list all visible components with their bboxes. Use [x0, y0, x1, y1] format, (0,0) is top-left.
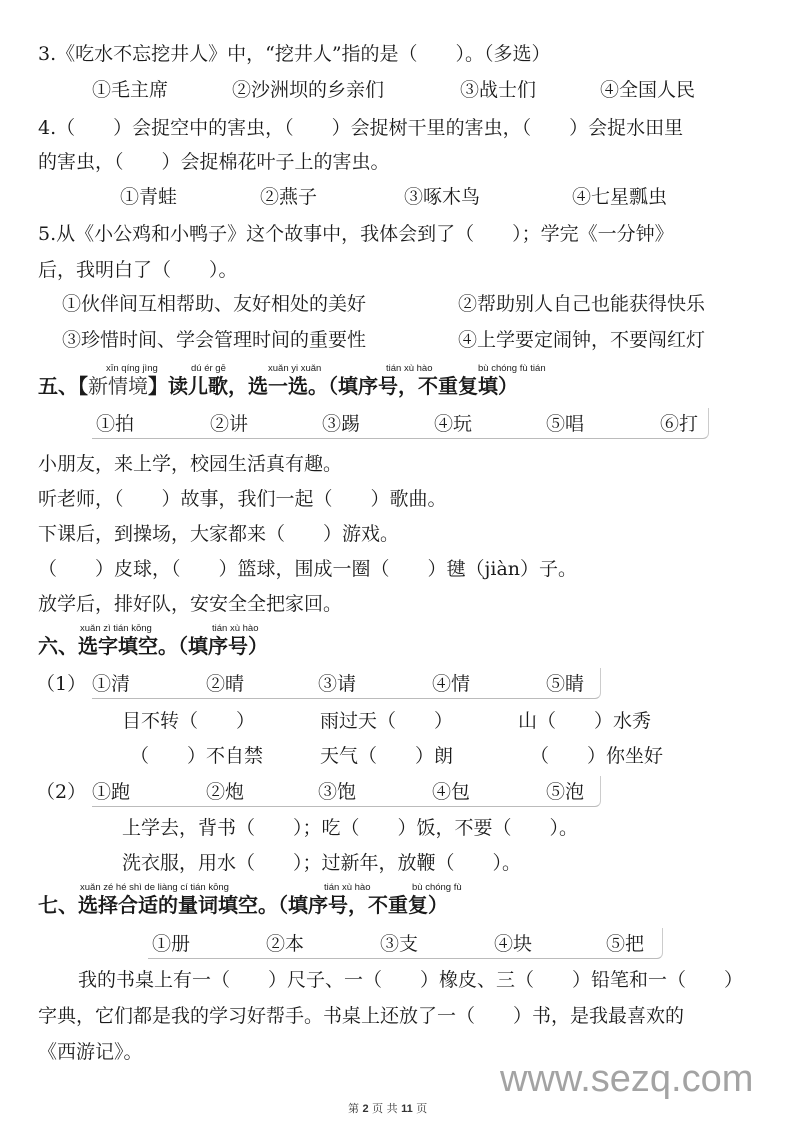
- page-footer: 第 2 页 共 11 页: [348, 1100, 427, 1116]
- pinyin-buchongfutian: bù chóng fù tián: [478, 364, 546, 374]
- s5-poem-line-5: 放学后，排好队，安安全全把家回。: [38, 592, 342, 616]
- s6-p2-line-2: 洗衣服，用水（ ）；过新年，放鞭（ ）。: [122, 851, 521, 875]
- s5-option-2: ②讲: [210, 412, 248, 436]
- s6-p1-item-6: （ ）你坐好: [530, 744, 663, 768]
- footer-mid: 页 共: [372, 1102, 398, 1115]
- pinyin-xuanyixuan: xuǎn yi xuǎn: [268, 364, 321, 374]
- footer-suffix: 页: [416, 1102, 427, 1115]
- s6-p1-option-3: ③请: [318, 672, 356, 696]
- pinyin-duerge: dú ér gē: [191, 364, 226, 374]
- q4-line-2: 的害虫，（ ）会捉棉花叶子上的害虫。: [38, 150, 390, 174]
- s6-p2-line-1: 上学去，背书（ ）；吃（ ）饭，不要（ ）。: [122, 816, 578, 840]
- pinyin-xuanzitiankong: xuǎn zì tián kōng: [80, 624, 152, 634]
- q4-option-3: ③啄木鸟: [404, 185, 480, 209]
- q3-stem: 3.《吃水不忘挖井人》中，“挖井人”指的是（ ）。（多选）: [38, 42, 551, 66]
- s6-p1-option-2: ②晴: [206, 672, 244, 696]
- s5-option-6: ⑥打: [660, 412, 698, 436]
- s6-p1-item-5: 天气（ ）朗: [320, 744, 453, 768]
- footer-page-number: 2: [363, 1103, 369, 1115]
- s6-part1-label: （1）: [36, 672, 86, 696]
- pinyin-tianxuhao-6: tián xù hào: [212, 624, 258, 634]
- pinyin-section7-title: xuǎn zé hé shì de liàng cí tián kōng: [80, 883, 229, 893]
- section-6-heading: 六、选字填空。（填序号）: [38, 634, 268, 658]
- s5-option-1: ①拍: [96, 412, 134, 436]
- s5-option-3: ③踢: [322, 412, 360, 436]
- s6-p1-option-5: ⑤睛: [546, 672, 584, 696]
- section-5-close: ）: [498, 374, 518, 398]
- q5-option-1: ①伙伴间互相帮助、友好相处的美好: [62, 292, 366, 316]
- pinyin-tianxuhao: tián xù hào: [386, 364, 432, 374]
- s6-p1-item-4: （ ）不自禁: [130, 744, 263, 768]
- footer-total-pages: 11: [401, 1103, 413, 1115]
- s6-p1-option-1: ①清: [92, 672, 130, 696]
- watermark: www.sezq.com: [500, 1058, 753, 1101]
- s6-p2-option-1: ①跑: [92, 780, 130, 804]
- s5-poem-line-3: 下课后，到操场，大家都来（ ）游戏。: [38, 522, 399, 546]
- q4-option-2: ②燕子: [260, 185, 317, 209]
- q4-line-1: 4.（ ）会捉空中的害虫，（ ）会捉树干里的害虫，（ ）会捉水田里: [38, 116, 683, 140]
- q5-option-3: ③珍惜时间、学会管理时间的重要性: [62, 328, 366, 352]
- s7-passage-line-2: 字典，它们都是我的学习好帮手。书桌上还放了一（ ）书，是我最喜欢的: [38, 1004, 684, 1028]
- section-5-title: 】读儿歌，选一选。（: [148, 374, 338, 398]
- q4-option-4: ④七星瓢虫: [572, 185, 667, 209]
- s7-option-4: ④块: [494, 932, 532, 956]
- pinyin-buchongfu: bù chóng fù: [412, 883, 462, 893]
- pinyin-xinqingjing: xīn qíng jìng: [106, 364, 158, 374]
- q3-option-2: ②沙洲坝的乡亲们: [232, 78, 384, 102]
- s7-passage-line-1: 我的书桌上有一（ ）尺子、一（ ）橡皮、三（ ）铅笔和一（ ）: [78, 968, 743, 992]
- s6-p2-option-2: ②炮: [206, 780, 244, 804]
- s7-option-1: ①册: [152, 932, 190, 956]
- q5-option-2: ②帮助别人自己也能获得快乐: [458, 292, 705, 316]
- s5-poem-line-2: 听老师，（ ）故事，我们一起（ ）歌曲。: [38, 487, 447, 511]
- q3-option-1: ①毛主席: [92, 78, 168, 102]
- s7-option-3: ③支: [380, 932, 418, 956]
- pinyin-tianxuhao-7: tián xù hào: [324, 883, 370, 893]
- s6-p2-option-4: ④包: [432, 780, 470, 804]
- section-7-heading: 七、选择合适的量词填空。（填序号，不重复）: [38, 893, 448, 917]
- s7-option-5: ⑤把: [606, 932, 644, 956]
- s5-option-4: ④玩: [434, 412, 472, 436]
- s5-poem-line-4: （ ）皮球，（ ）篮球，围成一圈（ ）毽（jiàn）子。: [38, 557, 577, 581]
- s6-p1-option-4: ④情: [432, 672, 470, 696]
- s6-p2-option-5: ⑤泡: [546, 780, 584, 804]
- s6-p1-item-2: 雨过天（ ）: [320, 709, 453, 733]
- s6-p2-option-3: ③饱: [318, 780, 356, 804]
- q5-option-4: ④上学要定闹钟，不要闯红灯: [458, 328, 705, 352]
- s7-passage-line-3: 《西游记》。: [38, 1040, 143, 1064]
- section-5-instruction: 填序号，不重复填: [338, 374, 498, 398]
- s6-part2-label: （2）: [36, 780, 86, 804]
- q3-option-4: ④全国人民: [600, 78, 695, 102]
- q5-line-1: 5.从《小公鸡和小鸭子》这个故事中，我体会到了（ ）；学完《一分钟》: [38, 222, 674, 246]
- s5-option-5: ⑤唱: [546, 412, 584, 436]
- s6-p1-item-3: 山（ ）水秀: [518, 709, 651, 733]
- section-5-tag: 新情境: [88, 374, 148, 398]
- footer-prefix: 第: [348, 1102, 359, 1115]
- section-5-heading: 五、【新情境】读儿歌，选一选。（填序号，不重复填）: [38, 374, 518, 398]
- q3-option-3: ③战士们: [460, 78, 536, 102]
- s5-poem-line-1: 小朋友，来上学，校园生活真有趣。: [38, 452, 342, 476]
- s6-p1-item-1: 目不转（ ）: [122, 709, 255, 733]
- s7-option-2: ②本: [266, 932, 304, 956]
- section-5-option-box: [92, 408, 709, 439]
- q5-line-2: 后，我明白了（ ）。: [38, 258, 238, 282]
- section-5-number: 五、【: [38, 374, 88, 398]
- q4-option-1: ①青蛙: [120, 185, 177, 209]
